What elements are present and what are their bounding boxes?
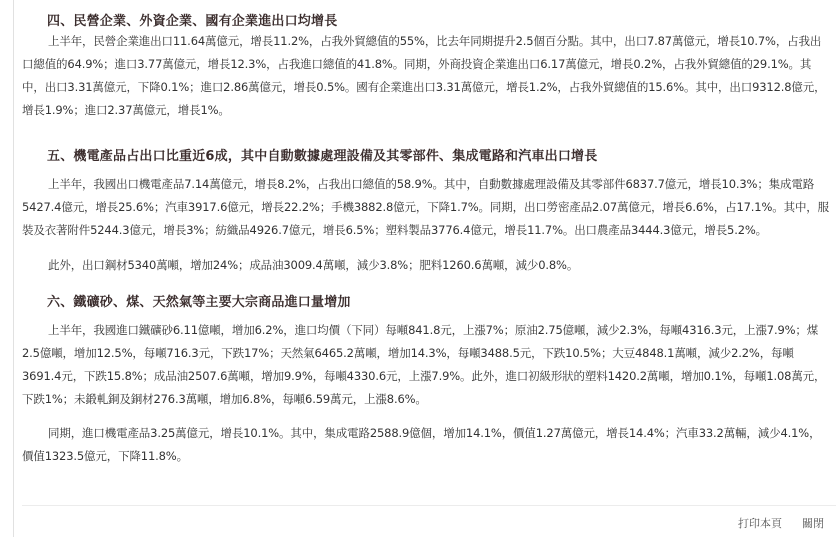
- paragraph-6-1: 上半年，我國進口鐵礦砂6.11億噸，增加6.2%，進口均價（下同）每噸841.8…: [22, 319, 830, 411]
- print-page-link[interactable]: 打印本頁: [738, 515, 782, 531]
- section-heading-4: 四、民營企業、外資企業、國有企業進出口均增長: [47, 10, 337, 29]
- paragraph-4-1: 上半年，民營企業進出口11.64萬億元，增長11.2%，占我外貿總值的55%，比…: [22, 30, 830, 122]
- section-heading-5: 五、機電產品占出口比重近6成，其中自動數據處理設備及其零部件、集成電路和汽車出口…: [47, 145, 597, 164]
- paragraph-5-1: 上半年，我國出口機電產品7.14萬億元，增長8.2%，占我出口總值的58.9%。…: [22, 173, 830, 242]
- close-link[interactable]: 關閉: [802, 515, 824, 531]
- section-heading-6: 六、鐵礦砂、煤、天然氣等主要大宗商品進口量增加: [47, 291, 351, 310]
- footer-divider: [22, 505, 836, 506]
- paragraph-5-2: 此外，出口鋼材5340萬噸，增加24%；成品油3009.4萬噸，減少3.8%；肥…: [22, 254, 830, 277]
- paragraph-6-2: 同期，進口機電產品3.25萬億元，增長10.1%。其中，集成電路2588.9億個…: [22, 422, 830, 468]
- left-border: [13, 0, 14, 537]
